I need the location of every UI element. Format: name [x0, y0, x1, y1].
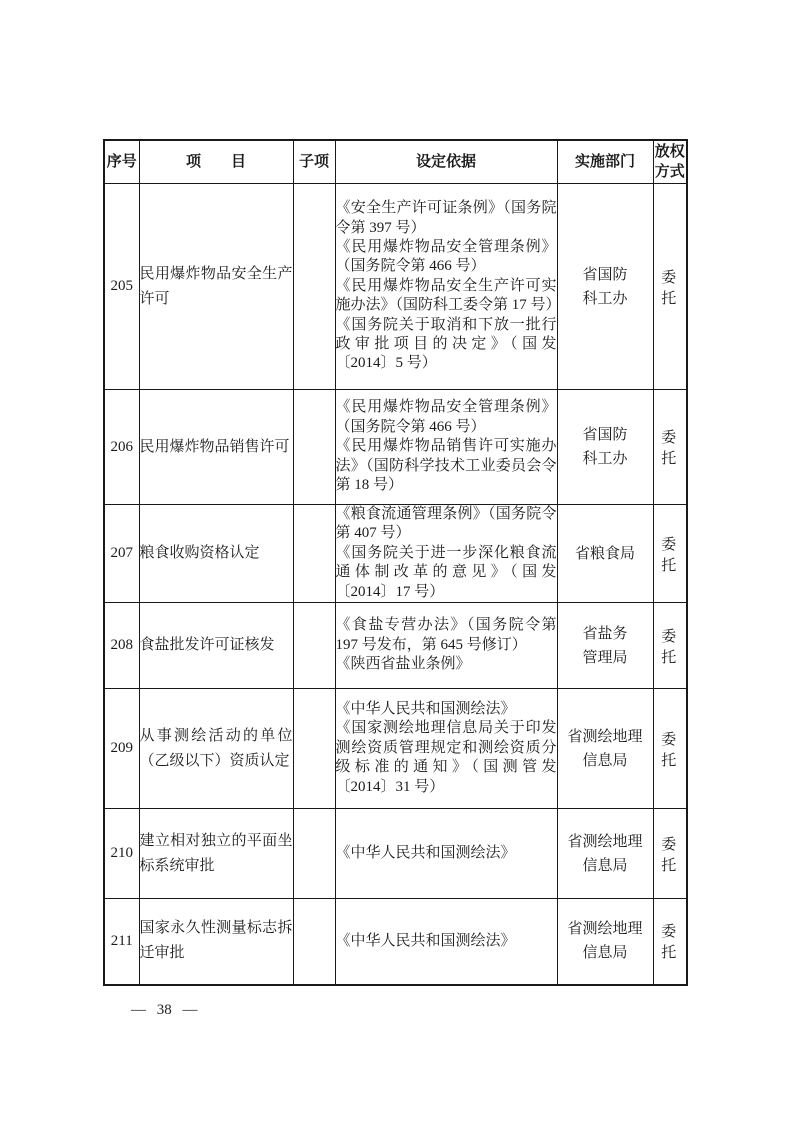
cell-department: 省测绘地理 信息局	[557, 809, 653, 899]
cell-method: 委托	[653, 603, 687, 689]
cell-project: 建立相对独立的平面坐标系统审批	[139, 809, 293, 899]
cell-subitem	[293, 899, 335, 985]
basis-entry: 《国务院关于进一步深化粮食流通体制改革的意见》（国发〔2014〕17 号）	[336, 544, 557, 602]
document-page: 序号 项 目 子项 设定依据 实施部门 放权方式 205 民用爆炸物品安全生产许…	[0, 0, 793, 1123]
header-department: 实施部门	[557, 140, 653, 184]
cell-index: 211	[104, 899, 139, 985]
cell-index: 205	[104, 184, 139, 390]
cell-department: 省粮食局	[557, 505, 653, 603]
cell-basis: 《安全生产许可证条例》（国务院令第 397 号） 《民用爆炸物品安全管理条例》（…	[335, 184, 557, 390]
cell-method: 委托	[653, 390, 687, 505]
cell-method: 委托	[653, 184, 687, 390]
cell-subitem	[293, 603, 335, 689]
cell-project: 民用爆炸物品安全生产许可	[139, 184, 293, 390]
cell-index: 208	[104, 603, 139, 689]
cell-department: 省国防 科工办	[557, 390, 653, 505]
basis-entry: 《安全生产许可证条例》（国务院令第 397 号）	[336, 199, 557, 238]
cell-index: 207	[104, 505, 139, 603]
basis-entry: 《陕西省盐业条例》	[336, 655, 557, 674]
cell-department: 省盐务 管理局	[557, 603, 653, 689]
basis-entry: 《中华人民共和国测绘法》	[336, 844, 557, 863]
table-row: 207 粮食收购资格认定 《粮食流通管理条例》（国务院令第 407 号） 《国务…	[104, 505, 687, 603]
header-project: 项 目	[139, 140, 293, 184]
table-row: 205 民用爆炸物品安全生产许可 《安全生产许可证条例》（国务院令第 397 号…	[104, 184, 687, 390]
cell-project: 国家永久性测量标志拆迁审批	[139, 899, 293, 985]
cell-project: 从事测绘活动的单位（乙级以下）资质认定	[139, 689, 293, 809]
basis-entry: 《民用爆炸物品安全生产许可实施办法》（国防科工委令第 17 号）	[336, 277, 557, 316]
cell-method: 委托	[653, 809, 687, 899]
cell-basis: 《中华人民共和国测绘法》 《国家测绘地理信息局关于印发测绘资质管理规定和测绘资质…	[335, 689, 557, 809]
cell-department: 省国防 科工办	[557, 184, 653, 390]
header-subitem: 子项	[293, 140, 335, 184]
cell-basis: 《中华人民共和国测绘法》	[335, 809, 557, 899]
cell-subitem	[293, 390, 335, 505]
basis-entry: 《粮食流通管理条例》（国务院令第 407 号）	[336, 505, 557, 544]
cell-method: 委托	[653, 505, 687, 603]
basis-entry: 《食盐专营办法》（国务院令第 197 号发布，第 645 号修订）	[336, 616, 557, 655]
header-basis: 设定依据	[335, 140, 557, 184]
cell-index: 209	[104, 689, 139, 809]
cell-subitem	[293, 689, 335, 809]
table-row: 210 建立相对独立的平面坐标系统审批 《中华人民共和国测绘法》 省测绘地理 信…	[104, 809, 687, 899]
header-index: 序号	[104, 140, 139, 184]
table-header-row: 序号 项 目 子项 设定依据 实施部门 放权方式	[104, 140, 687, 184]
cell-project: 粮食收购资格认定	[139, 505, 293, 603]
approval-items-table: 序号 项 目 子项 设定依据 实施部门 放权方式 205 民用爆炸物品安全生产许…	[103, 139, 688, 986]
cell-index: 206	[104, 390, 139, 505]
basis-entry: 《中华人民共和国测绘法》	[336, 700, 557, 719]
basis-entry: 《民用爆炸物品销售许可实施办法》（国防科学技术工业委员会令第 18 号）	[336, 437, 557, 495]
table-row: 209 从事测绘活动的单位（乙级以下）资质认定 《中华人民共和国测绘法》 《国家…	[104, 689, 687, 809]
cell-basis: 《粮食流通管理条例》（国务院令第 407 号） 《国务院关于进一步深化粮食流通体…	[335, 505, 557, 603]
header-method: 放权方式	[653, 140, 687, 184]
basis-entry: 《中华人民共和国测绘法》	[336, 932, 557, 951]
table-row: 206 民用爆炸物品销售许可 《民用爆炸物品安全管理条例》（国务院令第 466 …	[104, 390, 687, 505]
basis-entry: 《民用爆炸物品安全管理条例》（国务院令第 466 号）	[336, 398, 557, 437]
cell-subitem	[293, 184, 335, 390]
basis-entry: 《国务院关于取消和下放一批行政审批项目的决定》（国发〔2014〕5 号）	[336, 316, 557, 374]
cell-project: 民用爆炸物品销售许可	[139, 390, 293, 505]
cell-index: 210	[104, 809, 139, 899]
cell-subitem	[293, 505, 335, 603]
cell-basis: 《民用爆炸物品安全管理条例》（国务院令第 466 号） 《民用爆炸物品销售许可实…	[335, 390, 557, 505]
cell-department: 省测绘地理 信息局	[557, 899, 653, 985]
cell-project: 食盐批发许可证核发	[139, 603, 293, 689]
cell-method: 委托	[653, 689, 687, 809]
cell-subitem	[293, 809, 335, 899]
cell-department: 省测绘地理 信息局	[557, 689, 653, 809]
basis-entry: 《民用爆炸物品安全管理条例》（国务院令第 466 号）	[336, 238, 557, 277]
cell-method: 委托	[653, 899, 687, 985]
cell-basis: 《食盐专营办法》（国务院令第 197 号发布，第 645 号修订） 《陕西省盐业…	[335, 603, 557, 689]
cell-basis: 《中华人民共和国测绘法》	[335, 899, 557, 985]
table-row: 208 食盐批发许可证核发 《食盐专营办法》（国务院令第 197 号发布，第 6…	[104, 603, 687, 689]
page-number: — 38 —	[131, 1002, 198, 1019]
table-row: 211 国家永久性测量标志拆迁审批 《中华人民共和国测绘法》 省测绘地理 信息局…	[104, 899, 687, 985]
basis-entry: 《国家测绘地理信息局关于印发测绘资质管理规定和测绘资质分级标准的通知》（国测管发…	[336, 719, 557, 797]
